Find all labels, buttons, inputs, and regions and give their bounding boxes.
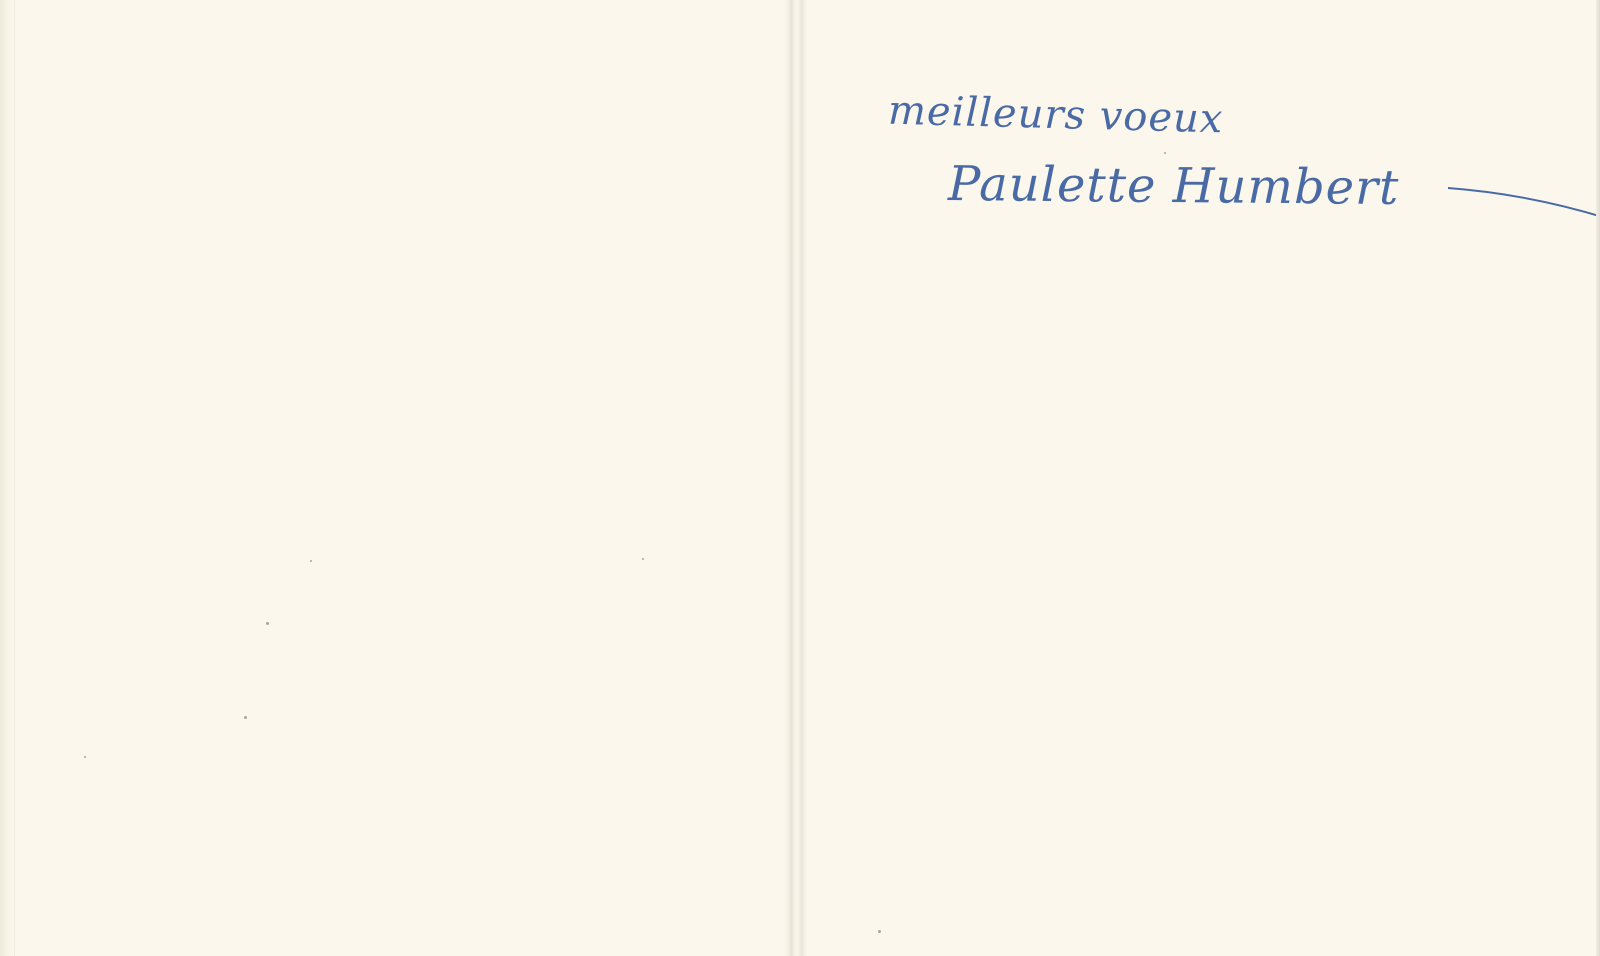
- signature-flourish-stroke: [1448, 180, 1600, 220]
- card-right-panel: meilleurs voeux Paulette Humbert: [808, 0, 1596, 956]
- paper-speck: [1164, 152, 1166, 154]
- card-fold-crease: [784, 0, 808, 956]
- paper-speck: [244, 716, 247, 719]
- greeting-card: meilleurs voeux Paulette Humbert: [0, 0, 1600, 956]
- paper-speck: [878, 930, 881, 933]
- handwritten-greeting: meilleurs voeux: [887, 88, 1224, 143]
- card-right-edge: [1596, 0, 1600, 956]
- card-left-edge: [0, 0, 15, 956]
- paper-speck: [310, 560, 312, 562]
- handwritten-signature: Paulette Humbert: [948, 156, 1400, 216]
- card-left-panel: [14, 0, 784, 956]
- paper-speck: [266, 622, 269, 625]
- paper-speck: [84, 756, 86, 758]
- paper-speck: [642, 558, 644, 560]
